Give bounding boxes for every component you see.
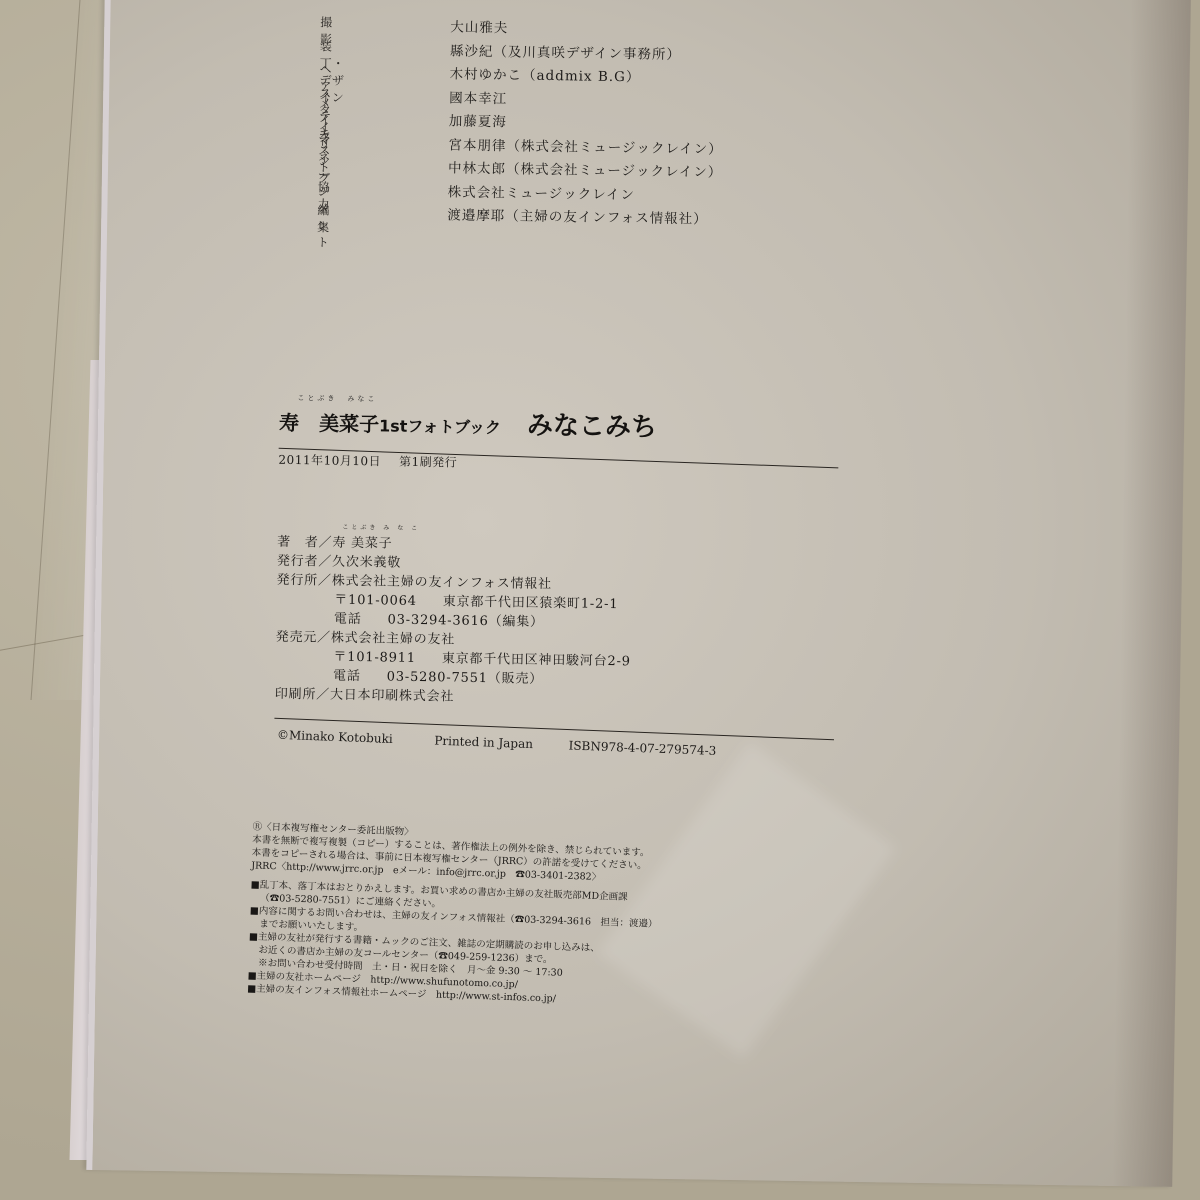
copyright: ©Minako Kotobuki bbox=[277, 728, 393, 746]
credit-name: 大山雅夫 bbox=[450, 15, 508, 36]
credit-name: 國本幸江 bbox=[449, 86, 507, 107]
credit-name: 渡邉摩耶（主婦の友インフォス情報社） bbox=[447, 203, 708, 227]
title-author: 寿 美菜子 bbox=[279, 411, 379, 437]
distributor-zip: 〒101-8911 bbox=[333, 650, 416, 666]
title-main: みなこみち bbox=[527, 411, 657, 443]
date: 2011年10月10日 bbox=[278, 453, 381, 469]
printer: 印刷所／大日本印刷株式会社 bbox=[275, 687, 455, 705]
credit-name: 株式会社ミュージックレイン bbox=[448, 180, 636, 203]
isbn: ISBN978-4-07-279574-3 bbox=[568, 738, 716, 757]
title-subtitle: 1stフォトブック bbox=[379, 416, 501, 437]
credit-name: 縣沙紀（及川真咲デザイン事務所） bbox=[450, 39, 681, 63]
credit-name: 中林太郎（株式会社ミュージックレイン） bbox=[448, 156, 723, 180]
staff-credits: 撮影 大山雅夫 装丁・デザイン 縣沙紀（及川真咲デザイン事務所） ヘアメイク 木… bbox=[317, 13, 320, 224]
credit-name: 宮本朋律（株式会社ミュージックレイン） bbox=[448, 133, 723, 157]
credit-name: 木村ゆかこ（addmix B.G） bbox=[449, 62, 640, 85]
colophon-page: 撮影 大山雅夫 装丁・デザイン 縣沙紀（及川真咲デザイン事務所） ヘアメイク 木… bbox=[86, 0, 1191, 1187]
copyright-notice: Ⓡ〈日本複写権センター委託出版物〉 本書を無断で複写複製（コピー）することは、著… bbox=[247, 820, 660, 1008]
book-title: 寿 美菜子1stフォトブックみなこみち bbox=[279, 401, 840, 447]
tel-label: 電話 bbox=[334, 612, 362, 627]
credit-role: 編集 bbox=[317, 201, 330, 235]
credit-name: 加藤夏海 bbox=[449, 109, 507, 130]
book-title-block: ことぶき みなこ 寿 美菜子1stフォトブックみなこみち 2011年10月10日… bbox=[278, 393, 839, 477]
printed-in: Printed in Japan bbox=[434, 734, 533, 752]
colophon-details: ことぶき み な こ 著 者／寿 美菜子 発行者／久次米義敬 発行所／株式会社主… bbox=[275, 531, 633, 708]
edition: 第1刷発行 bbox=[399, 455, 457, 470]
author-ruby: ことぶき み な こ bbox=[342, 522, 420, 532]
publisher-zip: 〒101-0064 bbox=[334, 593, 417, 609]
tel-label: 電話 bbox=[333, 669, 361, 684]
